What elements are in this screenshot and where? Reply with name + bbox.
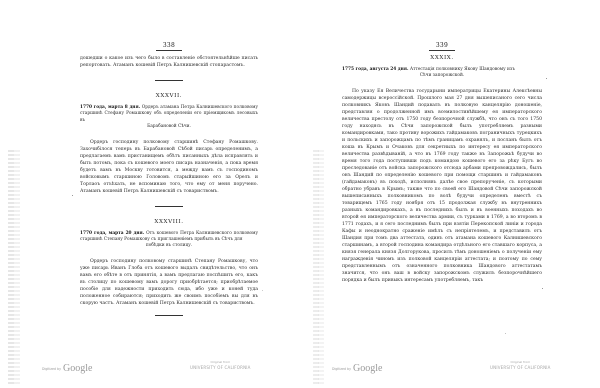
right-text-column: 339 XXXIX. 1775 года, августа 24 дня. Ат…: [342, 42, 542, 284]
section-separator: [155, 206, 183, 207]
original-institution: UNIVERSITY OF CALIFORNIA: [190, 365, 251, 370]
scan-speck: [505, 333, 506, 334]
section-xxxvii: XXXVII. 1770 года, марта 8 дня. Ордеръ а…: [80, 93, 258, 195]
scan-watermark-strip: [318, 150, 324, 385]
page-number: 338: [156, 42, 182, 51]
digitized-prefix: Digitized by: [332, 367, 351, 371]
left-text-column: 338 дошедши о какое изъ чего было в сост…: [80, 42, 258, 328]
section-body: Ордеръ господину полковому старшинѣ Степ…: [80, 258, 258, 307]
original-institution: UNIVERSITY OF CALIFORNIA: [490, 365, 551, 370]
scan-speck: [546, 78, 547, 79]
book-spread: 338 дошедши о какое изъ чего было в сост…: [0, 0, 600, 388]
scan-speck: [262, 290, 263, 291]
caption-text: Аттестація полковнику Якову Шандовому из…: [410, 67, 515, 72]
caption-last-line: Сѣчи запорожской.: [342, 73, 542, 79]
digitized-by-google: Digitized byGoogle: [332, 358, 382, 377]
digitized-prefix: Digitized by: [42, 367, 61, 371]
section-body: Ордеръ господину полковому старшинѣ Стеф…: [80, 139, 258, 195]
scan-speck: [542, 288, 543, 289]
google-logo: Google: [353, 363, 382, 374]
section-xxxviii: XXXVIII. 1770 года, марта 20 дня. Отъ ко…: [80, 219, 258, 307]
scan-watermark-strip: [14, 150, 20, 385]
section-body: По указу Ея Величества государыни импера…: [342, 88, 542, 284]
section-xxxix: XXXIX. 1775 года, августа 24 дня. Аттест…: [342, 55, 542, 284]
section-separator: [155, 80, 183, 81]
section-number: XXXIX.: [342, 55, 542, 61]
digitized-by-google: Digitized byGoogle: [42, 358, 92, 377]
left-page: 338 дошедши о какое изъ чего было в сост…: [0, 0, 300, 388]
original-source: Original from UNIVERSITY OF CALIFORNIA: [490, 360, 551, 370]
caption-last-line: Барабановой Сѣчи.: [80, 124, 258, 130]
original-source: Original from UNIVERSITY OF CALIFORNIA: [190, 360, 251, 370]
left-footer: Digitized byGoogle Original from UNIVERS…: [0, 358, 300, 378]
continuation-paragraph: дошедши о какое изъ чего было в составле…: [80, 55, 258, 69]
section-number: XXXVII.: [80, 93, 258, 99]
section-caption: 1770 года, марта 8 дня. Ордеръ атамана П…: [80, 105, 258, 131]
section-caption: 1775 года, августа 24 дня. Аттестація по…: [342, 67, 542, 80]
right-page: 339 XXXIX. 1775 года, августа 24 дня. Ат…: [300, 0, 600, 388]
caption-last-line: побѣдки въ столицу.: [80, 243, 258, 249]
right-footer: Digitized byGoogle Original from UNIVERS…: [300, 358, 600, 378]
google-logo: Google: [63, 363, 92, 374]
section-separator: [155, 315, 183, 316]
scan-speck: [72, 195, 73, 196]
caption-date: 1770 года, марта 8 дня.: [80, 105, 140, 110]
caption-date: 1770 года, марта 20 дня.: [80, 231, 144, 236]
page-number: 339: [429, 42, 455, 51]
caption-date: 1775 года, августа 24 дня.: [342, 67, 408, 72]
section-caption: 1770 года, марта 20 дня. Отъ кошевого Пе…: [80, 231, 258, 250]
section-number: XXXVIII.: [80, 219, 258, 225]
